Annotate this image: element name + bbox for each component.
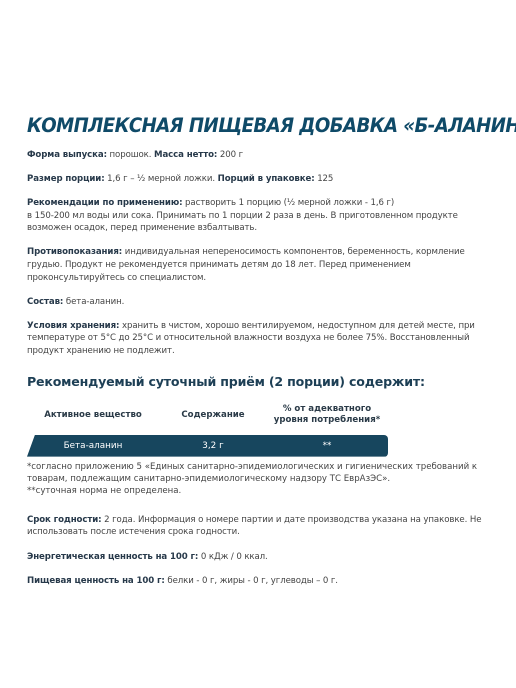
contraindications-info: Противопоказания: индивидуальная неперен… xyxy=(27,246,497,284)
servings-per-pack-label: Порций в упаковке: xyxy=(218,174,315,184)
shelf-life-label: Срок годности: xyxy=(27,515,102,525)
form-info: Форма выпуска: порошок. Масса нетто: 200… xyxy=(27,149,497,162)
table-header: Активное вещество Содержание % от адеква… xyxy=(27,400,497,430)
usage-label: Рекомендации по применению: xyxy=(27,198,182,208)
composition-label: Состав: xyxy=(27,297,63,307)
energy-label: Энергетическая ценность на 100 г: xyxy=(27,552,198,562)
footnote-1: *согласно приложению 5 «Единых санитарно… xyxy=(27,461,497,486)
net-mass-label: Масса нетто: xyxy=(154,150,217,160)
storage-label: Условия хранения: xyxy=(27,321,119,331)
energy-info: Энергетическая ценность на 100 г: 0 кДж … xyxy=(27,551,497,564)
daily-intake-title: Рекомендуемый суточный приём (2 порции) … xyxy=(27,374,497,389)
serving-info: Размер порции: 1,6 г – ½ мерной ложки. П… xyxy=(27,173,497,186)
serving-size-label: Размер порции: xyxy=(27,174,105,184)
nutrition-label: Пищевая ценность на 100 г: xyxy=(27,576,165,586)
storage-info: Условия хранения: хранить в чистом, хоро… xyxy=(27,320,497,358)
contraindications-label: Противопоказания: xyxy=(27,247,122,257)
footnotes: *согласно приложению 5 «Единых санитарно… xyxy=(27,461,497,498)
table-row: Бета-аланин 3,2 г ** xyxy=(27,435,388,457)
shelf-life-info: Срок годности: 2 года. Информация о номе… xyxy=(27,514,497,539)
nutrition-info: Пищевая ценность на 100 г: белки - 0 г, … xyxy=(27,575,497,588)
header-percent: % от адекватного уровня потребления* xyxy=(267,404,387,426)
usage-info: Рекомендации по применению: растворить 1… xyxy=(27,197,497,235)
form-label: Форма выпуска: xyxy=(27,150,107,160)
cell-amount: 3,2 г xyxy=(159,441,267,451)
composition-info: Состав: бета-аланин. xyxy=(27,296,497,309)
footnote-2: **суточная норма не определена. xyxy=(27,485,497,497)
header-substance: Активное вещество xyxy=(27,410,159,420)
header-amount: Содержание xyxy=(159,410,267,420)
cell-substance: Бета-аланин xyxy=(27,441,159,451)
page-title: КОМПЛЕКСНАЯ ПИЩЕВАЯ ДОБАВКА «Б-АЛАНИН» xyxy=(27,114,464,137)
cell-percent: ** xyxy=(267,441,387,451)
product-info-sheet: КОМПЛЕКСНАЯ ПИЩЕВАЯ ДОБАВКА «Б-АЛАНИН» Ф… xyxy=(27,114,497,599)
